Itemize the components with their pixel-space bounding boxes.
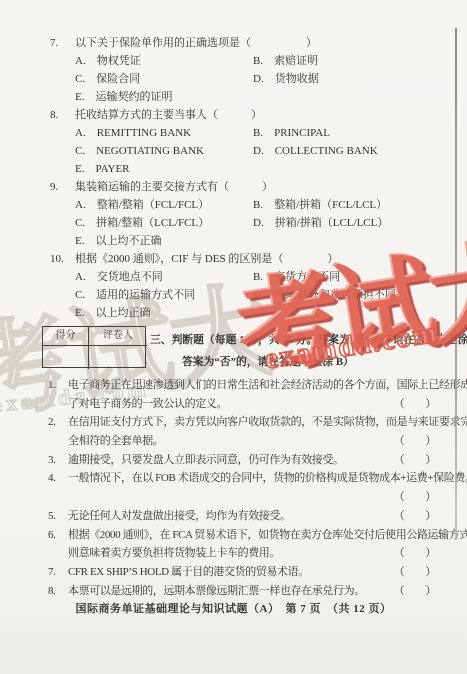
score-cell-label: 得分 bbox=[43, 327, 89, 346]
tf-question-6: 6. 根据《2000 通则》，在 FCA 贸易术语下，如货物在卖方仓库处交付后使… bbox=[0, 526, 467, 563]
option-e: E. 以上均正确 bbox=[75, 304, 253, 322]
question-number: 4. bbox=[48, 469, 68, 488]
question-8: 8.托收结算方式的主要当事人（ ） A. REMITTING BANKB. PR… bbox=[0, 106, 461, 178]
question-10: 10.根据《2000 通则》，CIF 与 DES 的区别是（ ） A. 交货地点… bbox=[0, 250, 461, 322]
option-c: C. 适用的运输方式不同 bbox=[75, 286, 253, 304]
answer-bracket: （ ） bbox=[394, 488, 436, 507]
question-number: 2. bbox=[48, 413, 68, 432]
question-number: 1. bbox=[48, 376, 68, 395]
option-b: B. PRINCIPAL bbox=[253, 124, 330, 142]
option-a: A. REMITTING BANK bbox=[75, 124, 253, 142]
option-a: A. 物权凭证 bbox=[75, 52, 253, 70]
option-a: A. 整箱/整箱（FCL/FCL） bbox=[75, 196, 253, 214]
option-d: D. 拼箱/拼箱（LCL/LCL） bbox=[253, 214, 388, 232]
option-c: C. NEGOTIATING BANK bbox=[75, 142, 253, 160]
tf-question-2: 2. 在信用证支付方式下，卖方凭以向客户收取货款的，不是实际货物，而是与来证要求… bbox=[0, 413, 467, 450]
question-7: 7.以下关于保险单作用的正确选项是（ ） A. 物权凭证B. 索赔证明 C. 保… bbox=[0, 34, 461, 106]
question-line1: 在信用证支付方式下，卖方凭以向客户收取货款的，不是实际货物，而是与来证要求完 bbox=[68, 413, 450, 432]
question-line1: 电子商务正在迅速渗透到人们的日常生活和社会经济活动的各个方面，国际上已经形成 bbox=[68, 376, 450, 395]
option-b: B. 交货方式不同 bbox=[253, 268, 340, 286]
option-e: E. PAYER bbox=[75, 160, 253, 178]
tf-question-3: 3. 逾期接受，只要发盘人立即表示同意，仍可作为有效接受。（ ） bbox=[0, 451, 467, 470]
question-9: 9.集装箱运输的主要交接方式有（ ） A. 整箱/整箱（FCL/FCL）B. 整… bbox=[0, 178, 461, 250]
option-b: B. 索赔证明 bbox=[253, 52, 318, 70]
answer-bracket: （ ） bbox=[394, 395, 436, 414]
option-d: D. 风险划分和费用承担不同 bbox=[253, 286, 396, 304]
question-number: 8. bbox=[48, 582, 68, 601]
answer-bracket: （ ） bbox=[394, 432, 436, 451]
question-line1: CFR EX SHIP’S HOLD 属于目的港交货的贸易术语。 bbox=[68, 563, 309, 582]
option-c: C. 拼箱/整箱（LCL/FCL） bbox=[75, 214, 253, 232]
question-stem: 根据《2000 通则》，CIF 与 DES 的区别是（ ） bbox=[75, 253, 338, 265]
score-cell-empty bbox=[43, 346, 89, 369]
tf-question-8: 8. 本票可以是远期的，远期本票像远期汇票一样也存在承兑行为。（ ） bbox=[0, 582, 467, 601]
option-d: D. COLLECTING BANK bbox=[253, 142, 378, 160]
multiple-choice-section: 7.以下关于保险单作用的正确选项是（ ） A. 物权凭证B. 索赔证明 C. 保… bbox=[0, 34, 461, 322]
true-false-section: 1. 电子商务正在迅速渗透到人们的日常生活和社会经济活动的各个方面，国际上已经形… bbox=[0, 376, 467, 600]
section-title: 三、判断题 bbox=[150, 334, 204, 346]
question-stem: 集装箱运输的主要交接方式有（ ） bbox=[75, 181, 273, 193]
tf-question-7: 7. CFR EX SHIP’S HOLD 属于目的港交货的贸易术语。（ ） bbox=[0, 563, 467, 582]
question-number: 7. bbox=[50, 34, 70, 52]
tf-question-1: 1. 电子商务正在迅速渗透到人们的日常生活和社会经济活动的各个方面，国际上已经形… bbox=[0, 376, 467, 413]
option-c: C. 保险合同 bbox=[75, 70, 253, 88]
grader-cell-empty bbox=[89, 346, 147, 369]
question-number: 10. bbox=[50, 250, 70, 268]
option-e: E. 运输契约的证明 bbox=[75, 88, 253, 106]
answer-bracket: （ ） bbox=[394, 563, 436, 582]
option-b: B. 整箱/拼箱（FCL/LCL） bbox=[253, 196, 387, 214]
question-line1: 无论任何人对发盘做出接受，均作为有效接受。 bbox=[68, 507, 291, 526]
scan-edge-line bbox=[455, 28, 457, 540]
score-table: 得分 评卷人 bbox=[42, 326, 146, 368]
question-line1: 逾期接受，只要发盘人立即表示同意，仍可作为有效接受。 bbox=[68, 451, 344, 470]
question-line1: 一般情况下，在以 FOB 术语成交的合同中，货物的价格构成是货物成本+运费+保险… bbox=[68, 469, 450, 488]
question-line2: 则意味着卖方要负担将货物装上卡车的费用。 bbox=[68, 544, 280, 563]
question-line1: 根据《2000 通则》，在 FCA 贸易术语下，如货物在卖方仓库处交付后使用公路… bbox=[68, 526, 450, 545]
answer-bracket: （ ） bbox=[394, 544, 436, 563]
question-line2: 全相符的全套单据。 bbox=[68, 432, 163, 451]
question-stem: 托收结算方式的主要当事人（ ） bbox=[75, 109, 262, 121]
option-a: A. 交货地点不同 bbox=[75, 268, 253, 286]
section-instructions-line2: 答案为“否”的，请在答题卡上涂 B） bbox=[150, 351, 466, 373]
question-number: 7. bbox=[48, 563, 68, 582]
answer-bracket: （ ） bbox=[394, 582, 436, 601]
question-number: 5. bbox=[48, 507, 68, 526]
question-line2: 了对电子商务的一致公认的定义。 bbox=[68, 395, 227, 414]
answer-bracket: （ ） bbox=[394, 451, 436, 470]
grader-cell-label: 评卷人 bbox=[89, 327, 147, 346]
question-number: 8. bbox=[50, 106, 70, 124]
question-line1: 本票可以是远期的，远期本票像远期汇票一样也存在承兑行为。 bbox=[68, 582, 365, 601]
question-number: 9. bbox=[50, 178, 70, 196]
question-number: 3. bbox=[48, 451, 68, 470]
page-footer: 国际商务单证基础理论与知识试题（A） 第 7 页 （共 12 页） bbox=[0, 600, 467, 616]
tf-question-5: 5. 无论任何人对发盘做出接受，均作为有效接受。（ ） bbox=[0, 507, 467, 526]
section-3-header: 三、判断题（每题 1 分，共 25 分。答案为“是”的，请在答题卡上涂 A， 答… bbox=[150, 329, 466, 373]
section-instructions-line1: （每题 1 分，共 25 分。答案为“是”的，请在答题卡上涂 A， bbox=[204, 334, 467, 346]
question-stem: 以下关于保险单作用的正确选项是（ ） bbox=[75, 37, 317, 49]
option-e: E. 以上均不正确 bbox=[75, 232, 253, 250]
answer-bracket: （ ） bbox=[394, 507, 436, 526]
tf-question-4: 4. 一般情况下，在以 FOB 术语成交的合同中，货物的价格构成是货物成本+运费… bbox=[0, 469, 467, 506]
exam-page: 7.以下关于保险单作用的正确选项是（ ） A. 物权凭证B. 索赔证明 C. 保… bbox=[0, 0, 467, 674]
option-d: D. 货物收据 bbox=[253, 70, 319, 88]
question-number: 6. bbox=[48, 526, 68, 545]
